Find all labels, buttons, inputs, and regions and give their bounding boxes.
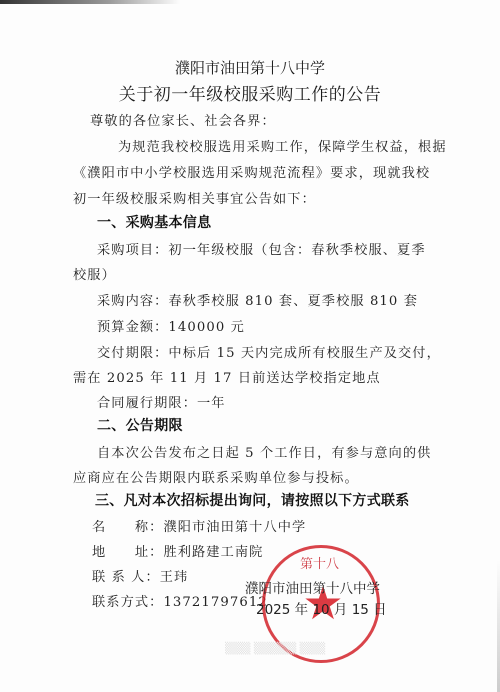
signature-date: 2025 年 10 月 15 日 (256, 598, 387, 618)
content-line: 采购内容：春秋季校服 810 套、夏季校服 810 套 (97, 290, 418, 309)
school-name-title: 濮阳市油田第十八中学 (0, 57, 500, 78)
scan-edge-shadow (0, 0, 180, 4)
contact-label: 地 址： (92, 545, 163, 560)
contact-value: 13721797612 (163, 595, 267, 610)
contact-value: 濮阳市油田第十八中学 (163, 520, 306, 535)
section-2-heading: 二、公告期限 (97, 415, 183, 435)
salutation: 尊敬的各位家长、社会各界： (90, 110, 276, 129)
period-line-1: 自本次公告发布之日起 5 个工作日，有参与意向的供 (97, 442, 431, 461)
contact-person-row: 联 系 人：王玮 (92, 566, 188, 585)
bleed-through-text: ▒▒▒ ▒▒▒▒▒ ▒▒▒ (225, 642, 325, 655)
signature-name: 濮阳市油田第十八中学 (245, 577, 380, 597)
budget-line: 预算金额：140000 元 (97, 316, 245, 335)
notice-title: 关于初一年级校服采购工作的公告 (0, 80, 500, 105)
notice-page: 濮阳市油田第十八中学 关于初一年级校服采购工作的公告 尊敬的各位家长、社会各界：… (0, 0, 500, 692)
section-1-heading: 一、采购基本信息 (97, 212, 211, 232)
contract-term-line: 合同履行期限：一年 (97, 392, 226, 411)
contact-label: 联系方式： (92, 595, 163, 610)
contact-name-row: 名 称：濮阳市油田第十八中学 (92, 516, 306, 535)
contact-address-row: 地 址：胜利路建工南院 (92, 541, 263, 560)
contact-label: 名 称： (92, 520, 163, 535)
seal-top-text: 第十八 (300, 553, 339, 572)
period-line-2: 应商应在公告期限内联系采购单位参与投标。 (73, 467, 359, 486)
intro-line-3: 初一年级校服采购相关事宜公告如下： (73, 188, 316, 207)
project-line-1: 采购项目：初一年级校服（包含：春秋季校服、夏季 (97, 239, 426, 258)
intro-line-2: 《濮阳市中小学校服选用采购规范流程》要求，现就我校 (73, 162, 430, 181)
contact-phone-row: 联系方式：13721797612 (92, 591, 268, 610)
section-3-heading: 三、凡对本次招标提出询问，请按照以下方式联系 (95, 490, 410, 510)
contact-value: 胜利路建工南院 (163, 545, 263, 560)
intro-line-1: 为规范我校校服选用采购工作，保障学生权益，根据 (118, 136, 447, 155)
delivery-line-2: 需在 2025 年 11 月 17 日前送达学校指定地点 (73, 367, 381, 386)
contact-value: 王玮 (160, 570, 189, 585)
project-line-2: 校服） (73, 264, 116, 283)
contact-label: 联 系 人： (92, 570, 160, 585)
delivery-line-1: 交付期限：中标后 15 天内完成所有校服生产及交付， (97, 342, 441, 361)
